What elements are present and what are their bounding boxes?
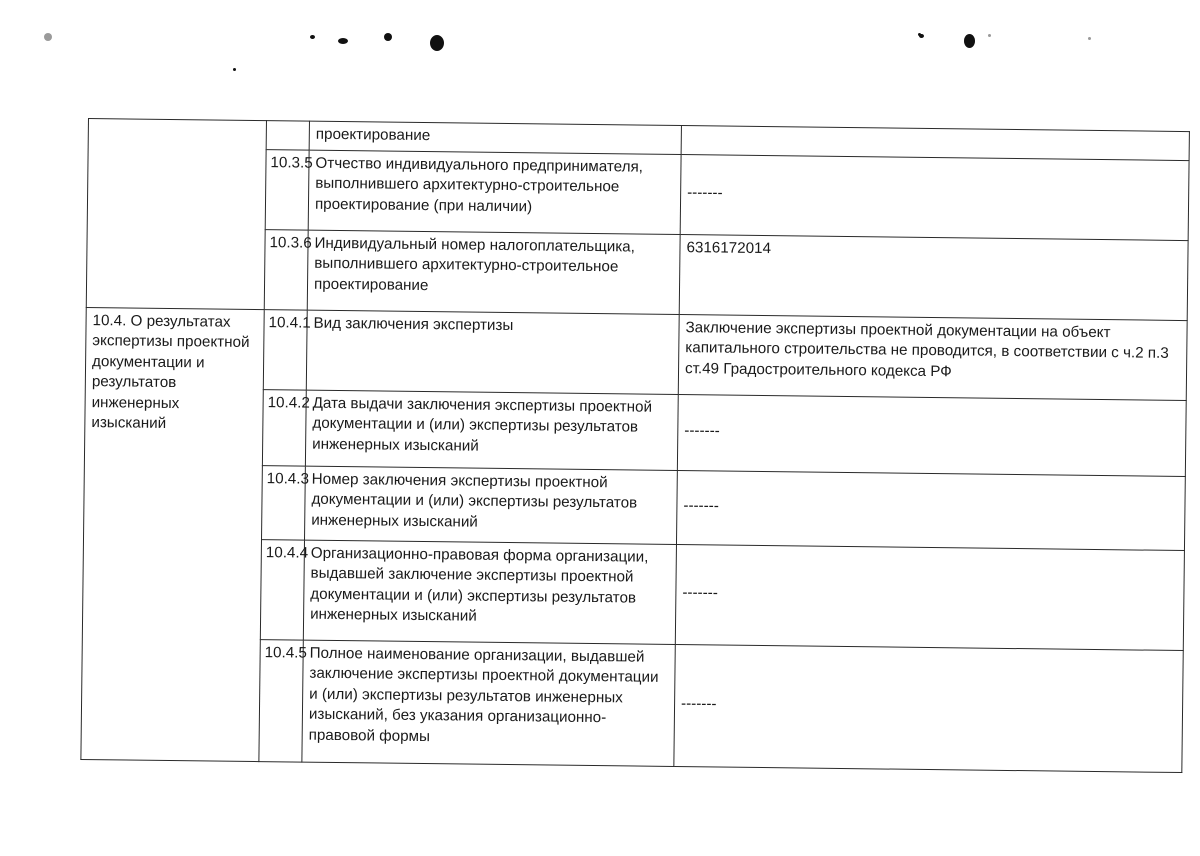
item-value: Заключение экспертизы проектной документ… [678,314,1187,400]
item-number [266,121,309,150]
item-label: Полное наименование организации, выдавше… [302,640,675,766]
item-value: ------- [677,394,1186,476]
section-cell [86,119,266,310]
item-value: 6316172014 [679,234,1188,320]
section-cell: 10.4. О результатах экспертизы проектной… [81,307,264,761]
item-number: 10.4.2 [262,389,306,466]
table-row: 10.4. О результатах экспертизы проектной… [85,307,1187,400]
item-label: Вид заключения экспертизы [306,310,679,394]
scan-speck [338,38,348,44]
item-value: ------- [676,470,1185,550]
item-value: ------- [674,644,1183,772]
scan-speck [384,33,392,41]
item-label: Номер заключения экспертизы проектной до… [305,466,678,544]
item-number: 10.3.6 [264,229,308,310]
item-number: 10.4.5 [259,639,303,762]
item-label: Индивидуальный номер налогоплательщика, … [307,230,680,314]
item-label: Дата выдачи заключения экспертизы проект… [305,390,678,470]
scanned-page: проектирование 10.3.5 Отчество индивидуа… [0,0,1200,856]
scan-speck [44,33,52,41]
item-label: проектирование [309,121,681,154]
item-number: 10.4.4 [260,539,304,640]
item-label: Отчество индивидуального предпринимателя… [308,150,681,234]
scan-speck [1088,37,1091,40]
item-value: ------- [680,154,1189,240]
scan-speck [964,34,975,48]
scan-speck [310,35,315,39]
scan-speck [233,68,236,71]
item-number: 10.4.1 [263,309,307,390]
scan-speck [988,34,991,37]
item-number: 10.3.5 [265,149,309,230]
item-label: Организационно-правовая форма организаци… [303,540,676,644]
scan-speck [430,35,444,51]
item-value: ------- [675,544,1184,650]
item-number: 10.4.3 [262,465,306,540]
specification-table: проектирование 10.3.5 Отчество индивидуа… [80,118,1190,773]
scan-speck [920,34,923,37]
